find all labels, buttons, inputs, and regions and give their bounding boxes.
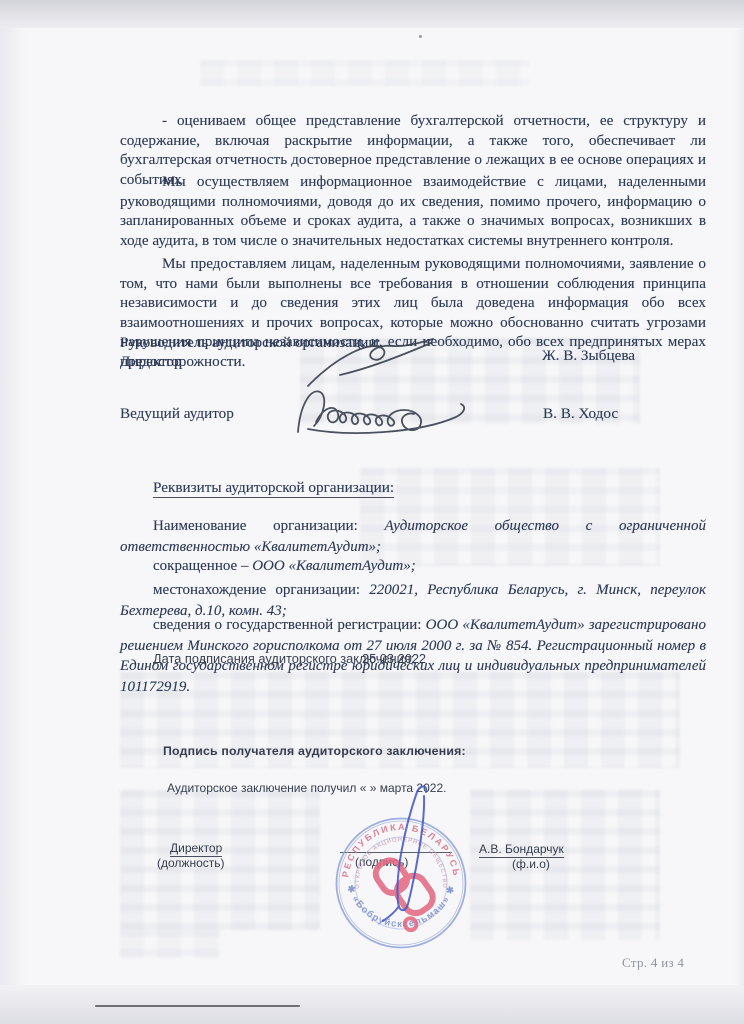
scanned-audit-report-page: - оцениваем общее представление бухгалте… [0,0,744,1024]
receipt-position-text: Директор [170,841,222,857]
requisite-registration-label: сведения о государственной регистрации: [153,617,426,633]
requisite-shortname-label: сокращенное – [153,558,252,574]
receipt-position-value: Директор [170,841,222,855]
requisite-name-label: Наименование организации: [153,518,385,534]
paragraph-communication: Мы осуществляем информационное взаимодей… [120,172,706,250]
receipt-name-text: А.В. Бондарчук [479,842,564,858]
lead-auditor-label: Ведущий аудитор [120,405,234,423]
receipt-position-caption: (должность) [157,856,224,870]
signing-date-value: 25.03.2022 [362,651,426,666]
scanner-edge-top [0,0,744,28]
requisite-location-label: местонахождение организации: [153,582,369,598]
page-number: Стр. 4 из 4 [622,955,684,971]
receipt-name-caption: (ф.и.о) [512,857,550,871]
bleedthrough-artifact [200,60,530,86]
scanner-edge-left [0,28,26,985]
bleedthrough-artifact [120,930,220,958]
receipt-name-value: А.В. Бондарчук [479,842,564,856]
lead-auditor-signature [280,376,480,438]
requisites-title: Реквизиты аудиторской организации: [153,479,394,497]
recipient-pen-signature [375,782,445,930]
bleedthrough-artifact [470,790,660,940]
receipt-title: Подпись получателя аудиторского заключен… [163,744,466,758]
requisite-shortname: сокращенное – ООО «КвалитетАудит»; [120,556,706,577]
scanner-edge-right [735,28,744,985]
requisites-title-text: Реквизиты аудиторской организации: [153,479,394,498]
requisite-name: Наименование организации: Аудиторское об… [120,516,706,557]
lead-auditor-name: В. В. Ходос [543,405,618,423]
director-label: Директор [120,353,182,371]
scan-speck [419,35,422,38]
requisite-shortname-value: ООО «КвалитетАудит»; [252,558,415,574]
scan-fold-line [95,1005,300,1007]
director-name: Ж. В. Зыбцева [542,347,635,365]
